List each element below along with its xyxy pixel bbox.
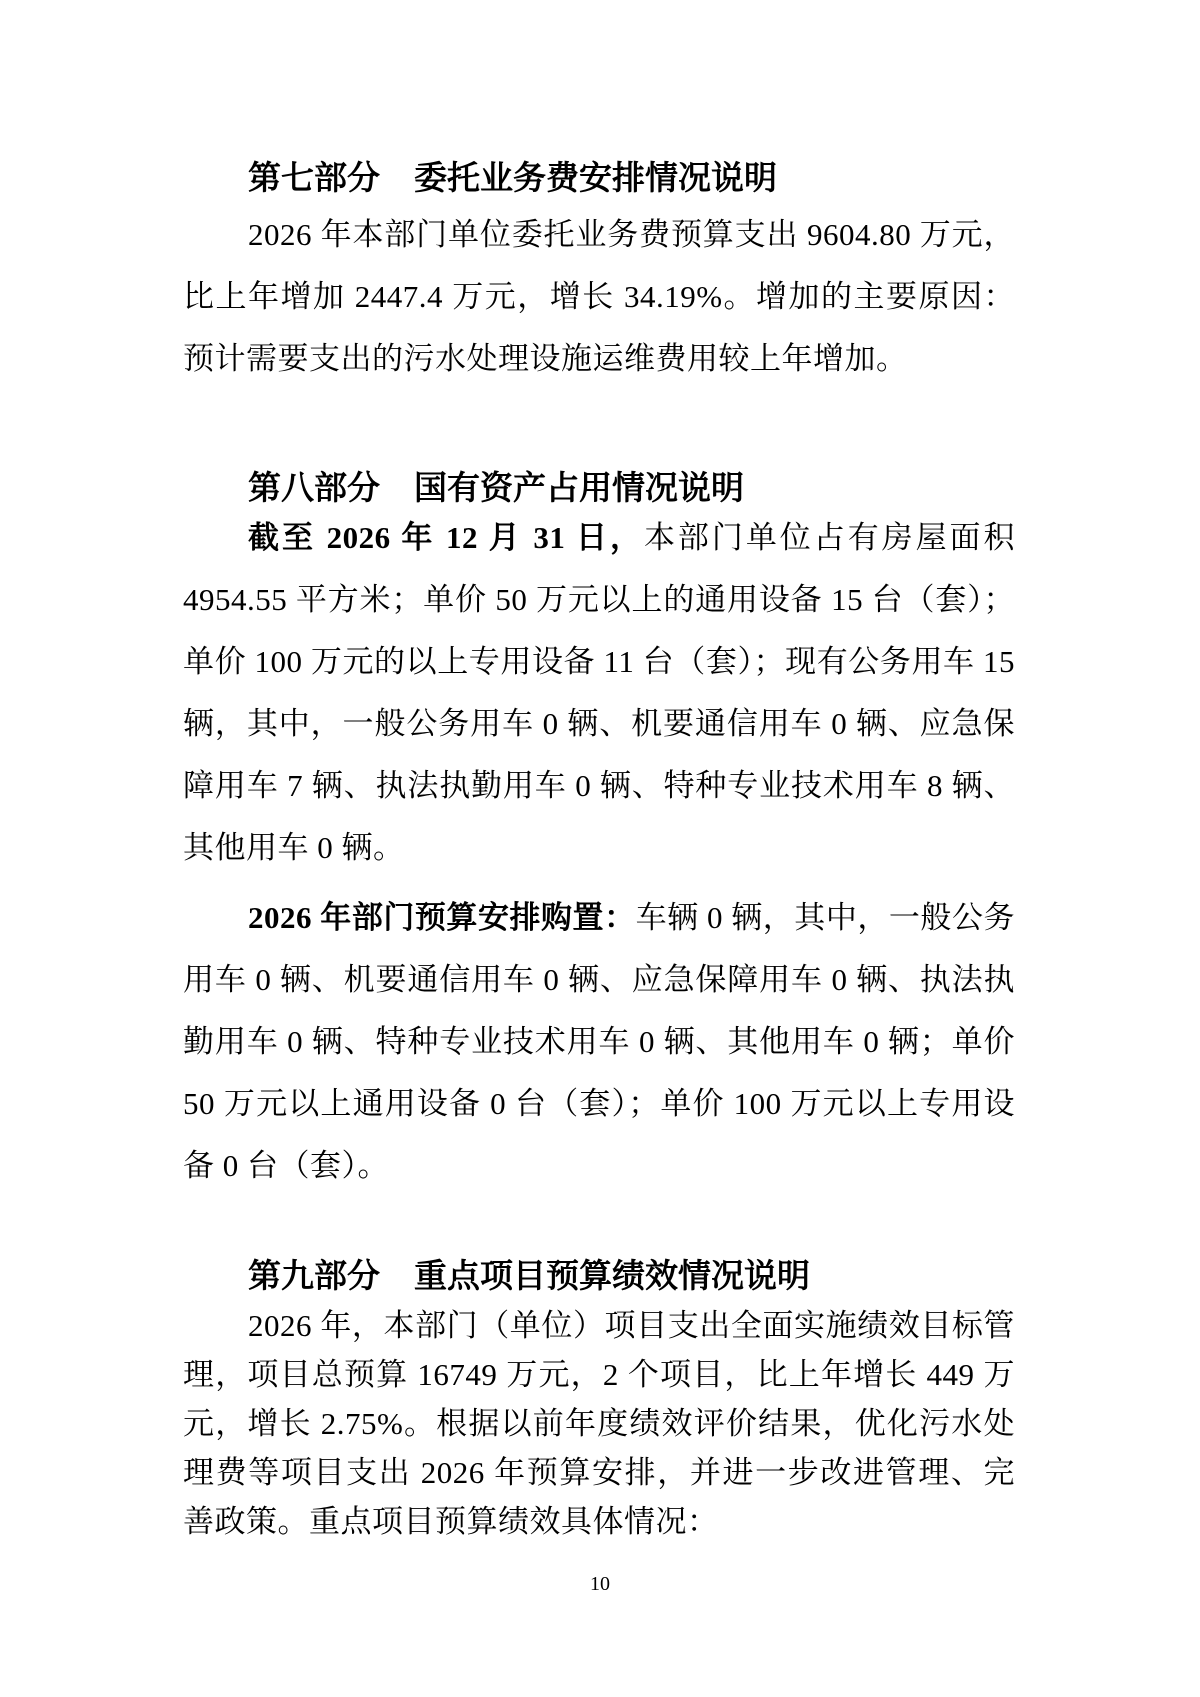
section-7-heading: 第七部分委托业务费安排情况说明	[183, 158, 1015, 198]
section-9-paragraph: 2026 年，本部门（单位）项目支出全面实施绩效目标管理，项目总预算 16749…	[183, 1301, 1015, 1546]
bold-text-run: 截至 2026 年 12 月 31 日，	[248, 520, 644, 555]
section-7-title: 委托业务费安排情况说明	[414, 159, 777, 196]
section-8-part-label: 第八部分	[248, 469, 380, 506]
page-number: 10	[0, 1572, 1200, 1596]
bold-text-run: 2026 年部门预算安排购置：	[248, 900, 636, 935]
section-8-paragraph-2: 2026 年部门预算安排购置：车辆 0 辆，其中，一般公务用车 0 辆、机要通信…	[183, 887, 1015, 1197]
section-9-title: 重点项目预算绩效情况说明	[414, 1257, 810, 1294]
section-8-title: 国有资产占用情况说明	[414, 469, 744, 506]
document-page: 第七部分委托业务费安排情况说明 2026 年本部门单位委托业务费预算支出 960…	[0, 0, 1200, 1697]
section-9-heading: 第九部分重点项目预算绩效情况说明	[183, 1256, 1015, 1296]
section-7-paragraph: 2026 年本部门单位委托业务费预算支出 9604.80 万元，比上年增加 24…	[183, 204, 1015, 390]
section-7-part-label: 第七部分	[248, 159, 380, 196]
text-run: 本部门单位占有房屋面积 4954.55 平方米；单价 50 万元以上的通用设备 …	[183, 520, 1015, 865]
text-run: 车辆 0 辆，其中，一般公务用车 0 辆、机要通信用车 0 辆、应急保障用车 0…	[183, 900, 1015, 1183]
section-8-paragraph-1: 截至 2026 年 12 月 31 日，本部门单位占有房屋面积 4954.55 …	[183, 507, 1015, 879]
section-8-heading: 第八部分国有资产占用情况说明	[183, 468, 1015, 508]
text-run: 2026 年，本部门（单位）项目支出全面实施绩效目标管理，项目总预算 16749…	[183, 1308, 1015, 1539]
text-run: 2026 年本部门单位委托业务费预算支出 9604.80 万元，比上年增加 24…	[183, 217, 1015, 376]
section-9-part-label: 第九部分	[248, 1257, 380, 1294]
